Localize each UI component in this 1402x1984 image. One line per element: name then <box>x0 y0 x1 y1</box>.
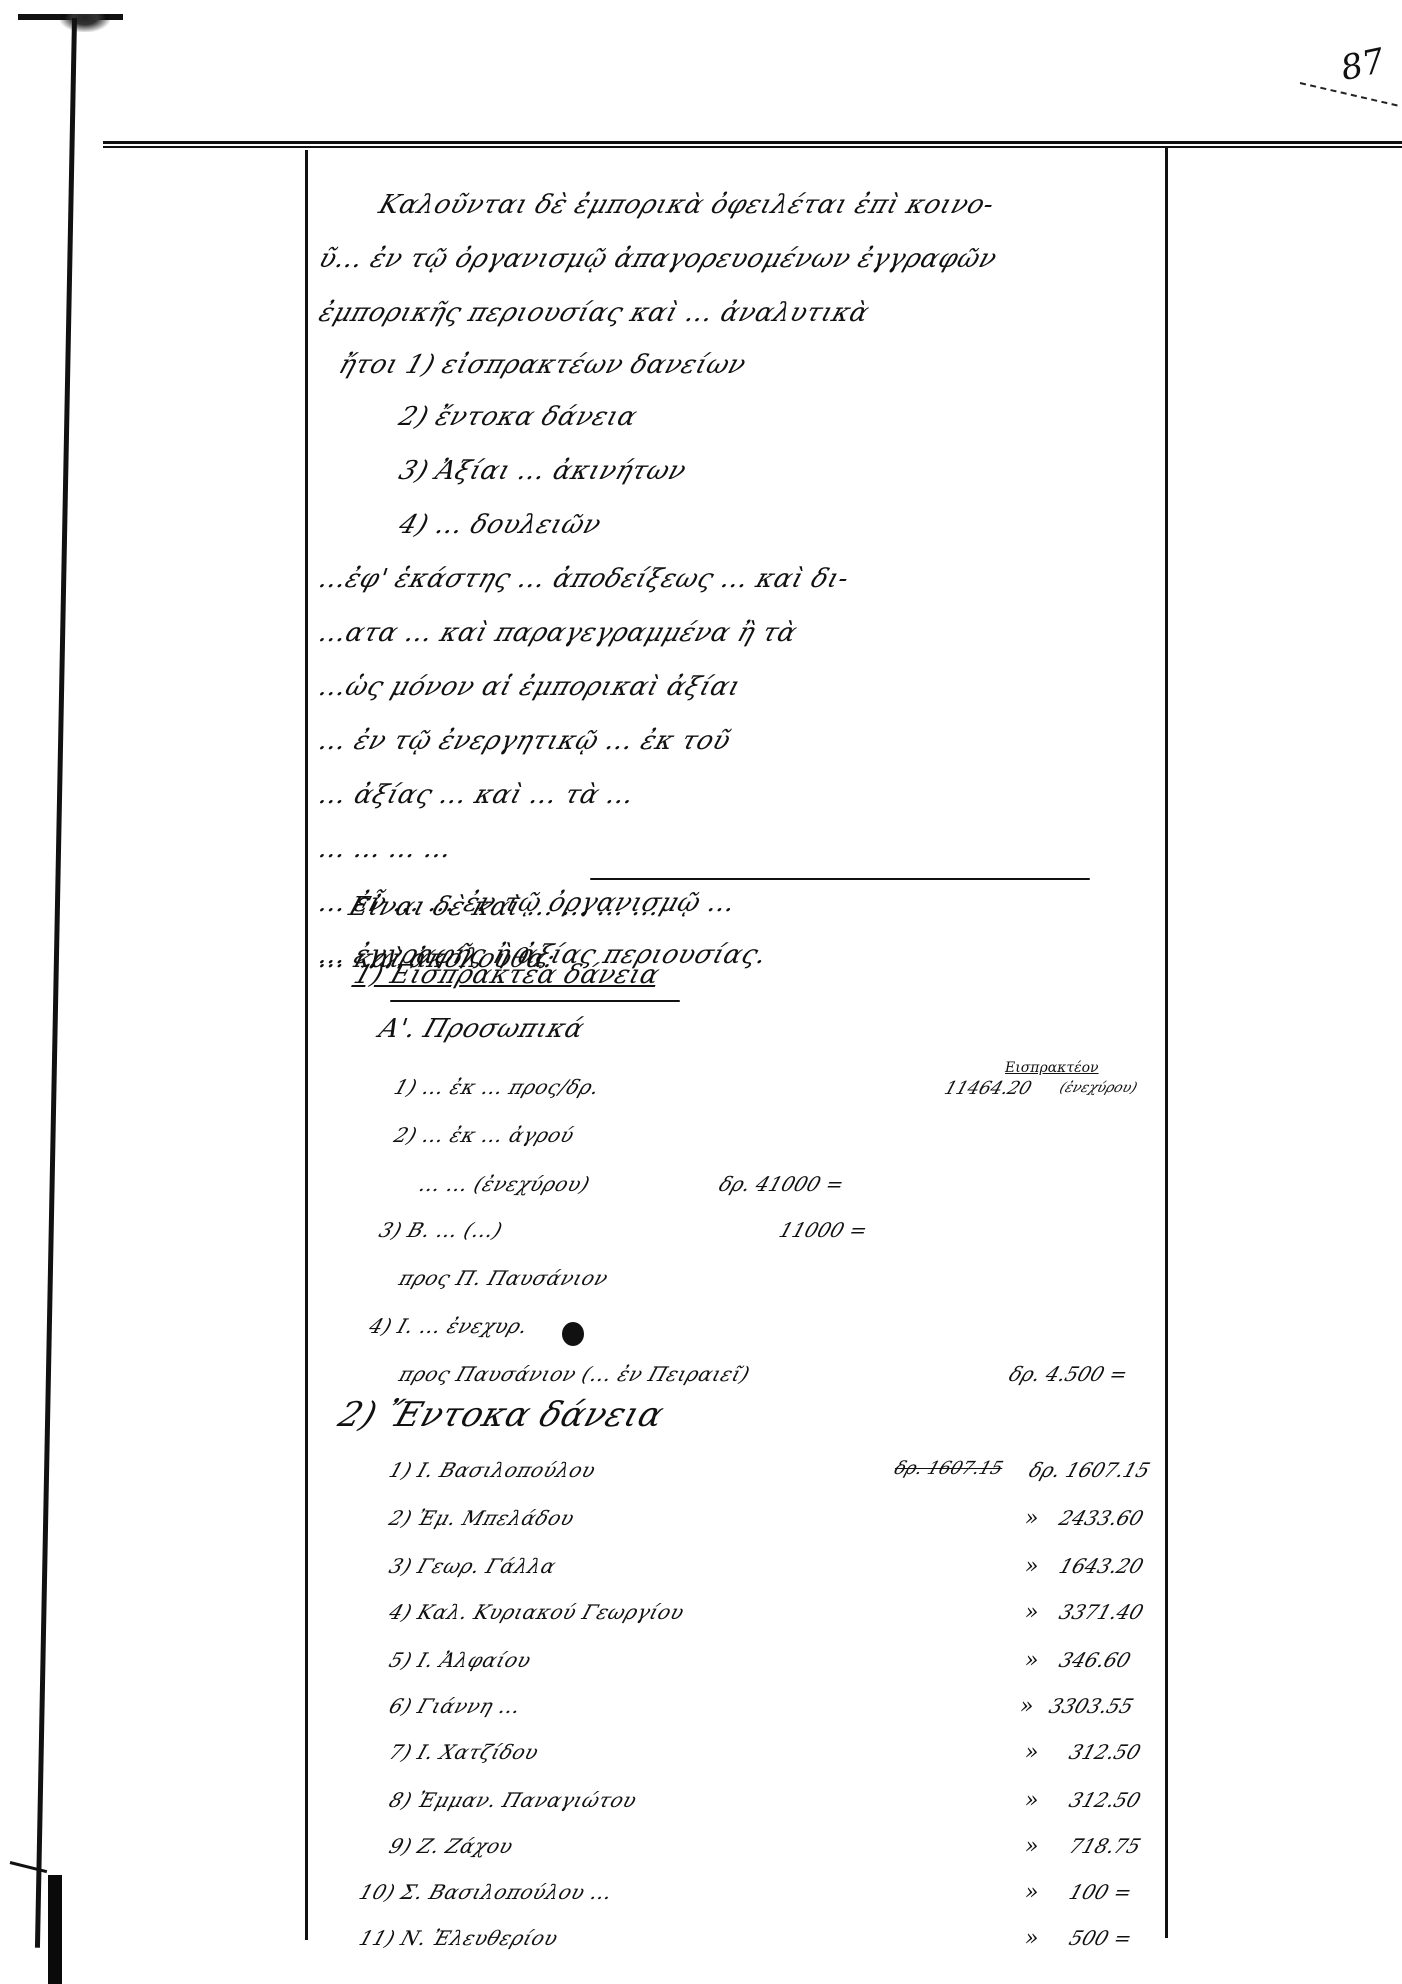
entry-label: 11) Ν. Ἐλευθερίου <box>356 1926 561 1950</box>
entry-label: 9) Ζ. Ζάχου <box>386 1834 517 1858</box>
entry-amount: 312.50 <box>1066 1740 1144 1764</box>
ditto-mark: » <box>1020 1694 1033 1719</box>
section-title: 1) Εἰσπρακτέα δάνεια <box>350 960 663 990</box>
page-number: 87 <box>1337 41 1388 89</box>
entry-amount: 312.50 <box>1066 1788 1144 1812</box>
binding-mark-bottom <box>48 1875 62 1984</box>
entry-amount: 346.60 <box>1056 1648 1134 1672</box>
entry-amount: 11464.20 <box>942 1078 1035 1099</box>
ditto-mark: » <box>1025 1554 1038 1579</box>
text-line: ἤτοι 1) εἰσπρακτέων δανείων <box>335 350 750 380</box>
entry-label-continued: προς Παυσάνιον (... ἐν Πειραιεῖ) <box>396 1362 753 1386</box>
text-line: Εἶναι δὲ καὶ ... ... ... ... <box>345 892 665 922</box>
binding-mark-tick <box>10 1861 48 1873</box>
binding-margin-line <box>35 18 77 1948</box>
entry-label: 5) Ι. Ἀλφαίου <box>386 1648 534 1672</box>
entry-amount: 100 = <box>1066 1880 1135 1904</box>
text-line: ...ὡς μόνον αἱ ἐμπορικαὶ ἀξίαι <box>315 672 745 702</box>
entry-label: 1) ... ἐκ ... προς/δρ. <box>391 1075 603 1099</box>
entry-amount: 718.75 <box>1066 1834 1144 1858</box>
entry-amount: 3303.55 <box>1046 1694 1137 1718</box>
entry-label: 6) Γιάννη ... <box>386 1694 524 1718</box>
text-line: ... ἐν τῷ ἐνεργητικῷ ... ἐκ τοῦ <box>315 726 735 756</box>
entry-label: 10) Σ. Βασιλοπούλου ... <box>356 1880 616 1904</box>
enumeration-item: 2) ἔντοκα δάνεια <box>395 402 641 432</box>
column-left-border <box>305 150 308 1940</box>
ditto-mark: » <box>1025 1600 1038 1625</box>
entry-amount: 3371.40 <box>1056 1600 1147 1624</box>
entry-amount: 11000 = <box>776 1218 871 1242</box>
entry-label: 4) Ι. ... ἐνεχυρ. <box>366 1314 531 1338</box>
entry-label: 3) Γεωρ. Γάλλα <box>386 1554 559 1578</box>
section-title: 2) Ἔντοκα δάνεια <box>334 1395 670 1435</box>
entry-amount: δρ. 41000 = <box>716 1172 847 1196</box>
superscript-note: Εισπρακτέον <box>1005 1060 1099 1076</box>
ditto-mark: » <box>1025 1740 1038 1765</box>
entry-label: 8) Ἐμμαν. Παναγιώτου <box>386 1788 640 1812</box>
ditto-mark: » <box>1025 1648 1038 1673</box>
entry-amount: δρ. 4.500 = <box>1006 1362 1131 1386</box>
entry-label-continued: προς Π. Παυσάνιον <box>396 1266 611 1290</box>
ditto-mark: » <box>1025 1834 1038 1859</box>
enumeration-item: 4) ... δουλειῶν <box>395 510 605 540</box>
section-title-rule <box>390 1000 680 1002</box>
header-rule-double <box>103 146 1402 148</box>
entry-label: 2) ... ἐκ ... ἀγρού <box>391 1123 578 1147</box>
entry-label-continued: ... ... (ἐνεχύρου) <box>416 1172 593 1196</box>
text-line: Καλοῦνται δὲ ἐμπορικὰ ὀφειλέται ἐπὶ κοιν… <box>375 190 998 220</box>
ditto-mark: » <box>1025 1788 1038 1813</box>
entry-note: (ἐνεχύρου) <box>1057 1080 1139 1096</box>
entry-label: 4) Καλ. Κυριακού Γεωργίου <box>386 1600 688 1624</box>
binding-ink-blot <box>60 14 110 32</box>
subsection-title: Α'. Προσωπικά <box>375 1014 588 1044</box>
entry-label: 7) Ι. Χατζίδου <box>386 1740 542 1764</box>
entry-amount: 1643.20 <box>1056 1554 1147 1578</box>
text-line: ...ατα ... καὶ παραγεγραμμένα ἢ τὰ <box>315 618 801 648</box>
underline-rule <box>590 878 1090 880</box>
entry-label: 1) Ι. Βασιλοπούλου <box>386 1458 599 1482</box>
ditto-mark: » <box>1025 1880 1038 1905</box>
enumeration-item: 3) Ἀξίαι ... ἀκινήτων <box>395 456 690 486</box>
entry-amount: 2433.60 <box>1056 1506 1147 1530</box>
ditto-mark: » <box>1025 1926 1038 1951</box>
text-line: ἐμπορικῆς περιουσίας καὶ ... ἀναλυτικὰ <box>315 298 873 328</box>
text-line: ῦ... ἐν τῷ ὀργανισμῷ ἀπαγορευομένων ἐγγρ… <box>315 244 1001 274</box>
text-line: ... ... ... ... <box>315 834 456 864</box>
entry-struck-amount: δρ. 1607.15 <box>892 1458 1006 1479</box>
column-right-border <box>1165 148 1168 1938</box>
text-line: ... ἀξίας ... καὶ ... τὰ ... <box>315 780 638 810</box>
header-rule <box>103 141 1402 144</box>
entry-amount: 500 = <box>1066 1926 1135 1950</box>
ditto-mark: » <box>1025 1506 1038 1531</box>
text-line: ...ἐφ' ἑκάστης ... ἀποδείξεως ... καὶ δι… <box>315 564 853 594</box>
entry-label: 2) Ἐμ. Μπελάδου <box>386 1506 578 1530</box>
entry-amount: δρ. 1607.15 <box>1026 1458 1153 1482</box>
ink-blot <box>562 1322 584 1346</box>
entry-label: 3) Β. ... (...) <box>376 1218 506 1242</box>
